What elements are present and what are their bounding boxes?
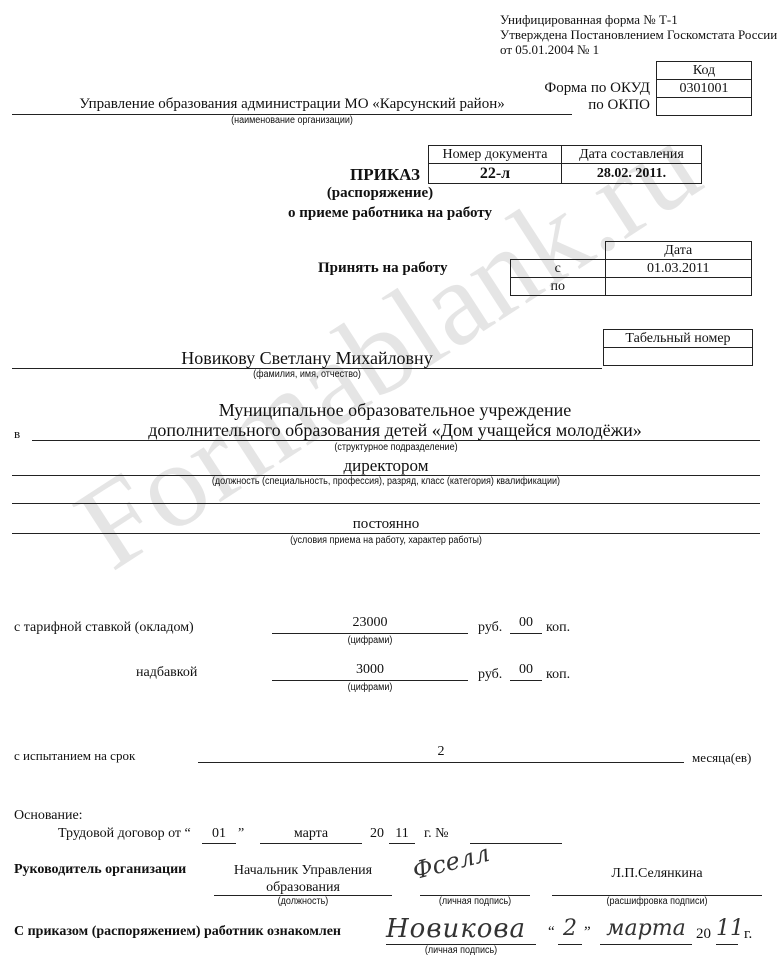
bonus-digits-caption: (цифрами) — [282, 682, 458, 693]
okud-value: 0301001 — [657, 80, 752, 98]
form-line-1: Унифицированная форма № Т-1 — [500, 12, 777, 27]
contract-day-line — [202, 843, 236, 844]
bonus-kop-label: коп. — [546, 667, 570, 683]
head-position-line-1: Начальник Управления — [214, 862, 392, 879]
form-line-2: Утверждена Постановлением Госкомстата Ро… — [500, 27, 777, 42]
employee-name: Новикову Светлану Михайловну — [12, 348, 602, 369]
order-subject: о приеме работника на работу — [230, 205, 550, 222]
doc-date-header: Дата составления — [562, 146, 702, 164]
okpo-value — [657, 98, 752, 116]
position: директором — [12, 456, 760, 476]
from-date: 01.03.2011 — [605, 260, 752, 278]
head-position-caption: (должность) — [223, 896, 383, 907]
form-line-3: от 05.01.2004 № 1 — [500, 42, 777, 57]
date-header: Дата — [605, 242, 752, 260]
ack-month: марта — [600, 916, 692, 941]
conditions-line — [12, 533, 760, 534]
probation-unit: месяца(ев) — [692, 750, 751, 766]
bonus-kop: 00 — [510, 662, 542, 678]
conditions-caption: (условия приема на работу, характер рабо… — [49, 535, 722, 546]
head-position-line-2: образования — [214, 879, 392, 896]
probation-line — [198, 762, 684, 763]
rate-kop: 00 — [510, 615, 542, 631]
in-label: в — [14, 426, 20, 442]
employee-name-caption: (фамилия, имя, отчество) — [42, 369, 573, 380]
head-signature: Фселл — [410, 839, 493, 885]
rate-digits-caption: (цифрами) — [282, 635, 458, 646]
order-title: ПРИКАЗ — [250, 165, 420, 185]
head-decoded-name: Л.П.Селянкина — [552, 866, 762, 882]
ack-year-line — [716, 944, 738, 945]
from-label: с — [511, 260, 606, 278]
contract-quote-close: ” — [238, 826, 244, 842]
bonus-rub-label: руб. — [478, 667, 502, 683]
ack-day: 2 — [558, 916, 582, 941]
form-info: Унифицированная форма № Т-1 Утверждена П… — [500, 12, 777, 57]
organization-name: Управление образования администрации МО … — [12, 96, 572, 113]
rate-kop-line — [510, 633, 542, 634]
doc-date: 28.02. 2011. — [562, 164, 702, 184]
employee-signature-caption: (личная подпись) — [394, 945, 529, 956]
ack-quote-close: ” — [584, 924, 591, 941]
bonus-rub: 3000 — [272, 662, 468, 678]
ack-year: 11 — [716, 916, 738, 941]
employee-signature: Новикова — [386, 914, 526, 944]
contract-month: марта — [260, 826, 362, 842]
rate-label: с тарифной ставкой (окладом) — [14, 620, 194, 636]
okud-label: Форма по ОКУД — [480, 80, 650, 97]
contract-day: 01 — [202, 826, 236, 842]
probation-value: 2 — [198, 744, 684, 760]
head-position: Начальник Управления образования — [214, 862, 392, 896]
bonus-rub-line — [272, 680, 468, 681]
position-line-2 — [12, 503, 760, 504]
bonus-label: надбавкой — [136, 665, 197, 681]
tab-number-value — [604, 348, 753, 366]
tab-number-table: Табельный номер — [603, 329, 753, 366]
ack-day-line — [558, 944, 582, 945]
rate-rub-label: руб. — [478, 620, 502, 636]
order-number-table: Номер документа Дата составления 22-л 28… — [428, 145, 702, 184]
ack-year-prefix: 20 — [696, 926, 711, 943]
to-date — [605, 278, 752, 296]
ack-quote-open: “ — [548, 924, 555, 941]
position-caption: (должность (специальность, профессия), р… — [49, 476, 722, 487]
rate-rub-line — [272, 633, 468, 634]
hire-dates-table: Дата с 01.03.2011 по — [510, 241, 752, 296]
basis-label: Основание: — [14, 808, 83, 824]
contract-month-line — [260, 843, 362, 844]
department-line-2: дополнительного образования детей «Дом у… — [30, 420, 760, 441]
probation-label: с испытанием на срок — [14, 748, 135, 764]
department-line — [32, 440, 760, 441]
rate-kop-label: коп. — [546, 620, 570, 636]
contract-year-line — [389, 843, 415, 844]
doc-number: 22-л — [429, 164, 562, 184]
code-table: Код 0301001 — [656, 61, 752, 116]
order-subtitle: (распоряжение) — [280, 185, 480, 202]
code-header: Код — [657, 62, 752, 80]
rate-rub: 23000 — [272, 615, 468, 631]
to-label: по — [511, 278, 606, 296]
contract-year-suffix: г. № — [424, 826, 449, 842]
contract-year-prefix: 20 — [370, 826, 384, 842]
organization-caption: (наименование организации) — [40, 115, 544, 126]
doc-number-header: Номер документа — [429, 146, 562, 164]
conditions: постоянно — [12, 516, 760, 533]
acknowledgement-label: С приказом (распоряжением) работник озна… — [14, 924, 341, 940]
contract-year: 11 — [389, 826, 415, 842]
department-line-1: Муниципальное образовательное учреждение — [30, 400, 760, 421]
tab-number-header: Табельный номер — [604, 330, 753, 348]
hire-label: Принять на работу — [318, 260, 447, 277]
head-signature-caption: (личная подпись) — [426, 896, 525, 907]
head-decoded-caption: (расшифровка подписи) — [563, 896, 752, 907]
department-caption: (структурное подразделение) — [68, 442, 723, 453]
head-label: Руководитель организации — [14, 862, 186, 878]
bonus-kop-line — [510, 680, 542, 681]
contract-prefix: Трудовой договор от “ — [58, 826, 191, 842]
ack-month-line — [600, 944, 692, 945]
ack-year-suffix: г. — [744, 926, 752, 943]
